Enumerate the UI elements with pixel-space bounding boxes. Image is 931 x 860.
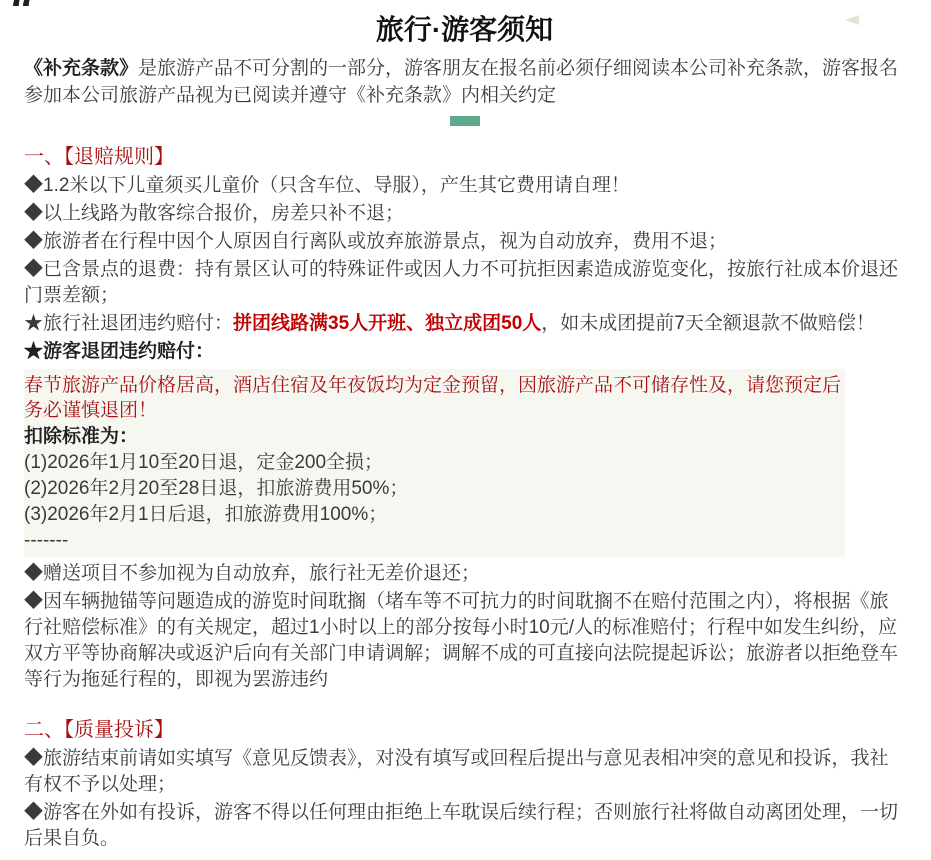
- page-title: 旅行·游客须知: [24, 8, 905, 48]
- notice-warning: 春节旅游产品价格居高，酒店住宿及年夜饭均为定金预留，因旅游产品不可储存性及，请您…: [24, 373, 845, 423]
- deduction-item-3: (3)2026年2月1日后退，扣旅游费用100%；: [24, 502, 845, 527]
- refund-bullet-child-price: ◆1.2米以下儿童须买儿童价（只含车位、导服），产生其它费用请自理！: [24, 173, 905, 199]
- section-refund-rules: 一、【退赔规则】 ◆1.2米以下儿童须买儿童价（只含车位、导服），产生其它费用请…: [24, 140, 905, 693]
- refund-rules-heading: 一、【退赔规则】: [24, 140, 905, 169]
- refund-bullet-package-price: ◆以上线路为散客综合报价，房差只补不退；: [24, 201, 905, 227]
- agency-breach-highlight: 拼团线路满35人开班、独立成团50人: [233, 313, 541, 334]
- green-divider: [450, 116, 480, 126]
- agency-breach-prefix: ★旅行社退团违约赔付：: [24, 313, 233, 334]
- deduction-standard-title: 扣除标准为：: [24, 424, 845, 449]
- refund-bullet-ticket-refund: ◆已含景点的退费：持有景区认可的特殊证件或因人力不可抗拒因素造成游览变化，按旅行…: [24, 257, 905, 309]
- refund-bullet-voluntary-abandon: ◆旅游者在行程中因个人原因自行离队或放弃旅游景点，视为自动放弃，费用不退；: [24, 229, 905, 255]
- quote-icon: “: [10, 0, 35, 34]
- agency-breach-line: ★旅行社退团违约赔付：拼团线路满35人开班、独立成团50人，如未成团提前7天全额…: [24, 311, 905, 337]
- quality-complaints-heading: 二、【质量投诉】: [24, 713, 905, 742]
- complaints-bullet-no-refusal: ◆游客在外如有投诉，游客不得以任何理由拒绝上车耽误后续行程；否则旅行社将做自动离…: [24, 800, 905, 852]
- cursor-triangle-icon: [845, 15, 859, 25]
- refund-bullet-gift-items: ◆赠送项目不参加视为自动放弃，旅行社无差价退还；: [24, 561, 905, 587]
- intro-lead: 《补充条款》: [24, 58, 138, 79]
- guest-breach-title: ★游客退团违约赔付：: [24, 339, 905, 365]
- complaints-bullet-feedback-form: ◆旅游结束前请如实填写《意见反馈表》，对没有填写或回程后提出与意见表相冲突的意见…: [24, 746, 905, 798]
- refund-bullet-delay-compensation: ◆因车辆抛锚等问题造成的游览时间耽搁（堵车等不可抗力的时间耽搁不在赔付范围之内）…: [24, 589, 905, 693]
- deduction-item-2: (2)2026年2月20至28日退，扣旅游费用50%；: [24, 476, 845, 501]
- agency-breach-suffix: ，如未成团提前7天全额退款不做赔偿！: [541, 313, 875, 334]
- intro-body: 是旅游产品不可分割的一部分，游客朋友在报名前必须仔细阅读本公司补充条款，游客报名…: [24, 58, 898, 106]
- notice-document: “ 旅行·游客须知 《补充条款》是旅游产品不可分割的一部分，游客朋友在报名前必须…: [0, 0, 931, 852]
- spring-festival-notice-block: 春节旅游产品价格居高，酒店住宿及年夜饭均为定金预留，因旅游产品不可储存性及，请您…: [24, 369, 845, 557]
- dashes-divider: -------: [24, 528, 845, 553]
- section-quality-complaints: 二、【质量投诉】 ◆旅游结束前请如实填写《意见反馈表》，对没有填写或回程后提出与…: [24, 713, 905, 852]
- deduction-item-1: (1)2026年1月10至20日退，定金200全损；: [24, 450, 845, 475]
- intro-paragraph: 《补充条款》是旅游产品不可分割的一部分，游客朋友在报名前必须仔细阅读本公司补充条…: [24, 55, 905, 109]
